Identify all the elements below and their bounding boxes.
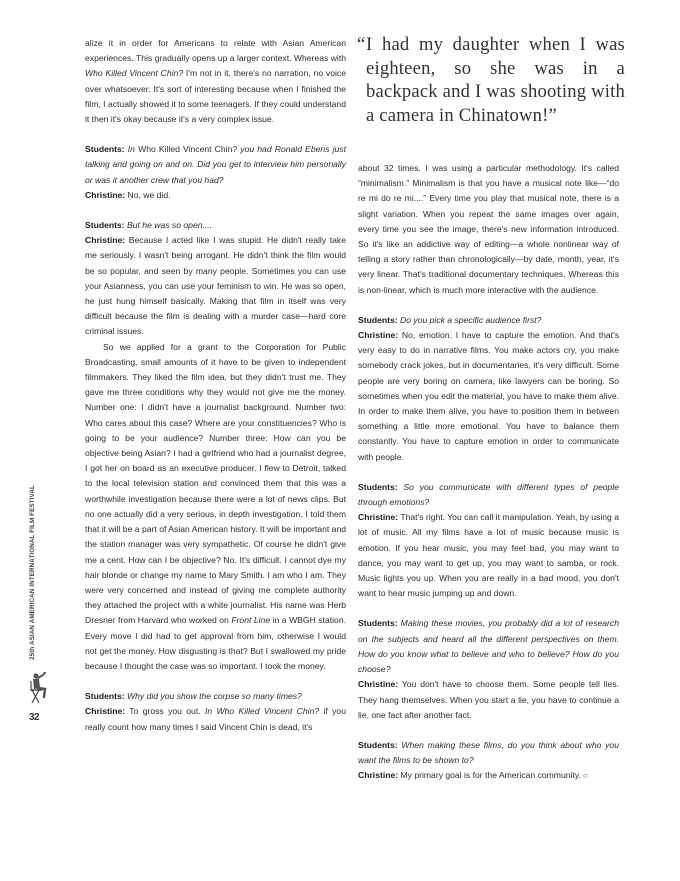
answer-text: No, emotion. I have to capture the emoti… <box>358 330 619 462</box>
festival-running-head: 25th ASIAN AMERICAN INTERNATIONAL FILM F… <box>29 485 36 660</box>
question-text: When making these films, do you think ab… <box>358 740 619 765</box>
pull-quote-text: I had my daughter when I was eighteen, s… <box>357 33 625 127</box>
page-number: 32 <box>29 712 39 723</box>
question-text: Making these movies, you probably did a … <box>358 618 619 674</box>
left-column: alize it in order for Americans to relat… <box>85 36 346 735</box>
student-question: Students: Do you pick a specific audienc… <box>358 313 619 328</box>
christine-answer: Christine: You don't have to choose them… <box>358 677 619 723</box>
paragraph: about 32 times. I was using a particular… <box>358 161 619 298</box>
end-of-article-icon: ○ <box>583 768 588 783</box>
answer-text: My primary goal is for the American comm… <box>401 770 581 780</box>
question-text: In <box>128 144 135 154</box>
qa-exchange: Students: So you communicate with differ… <box>358 480 619 602</box>
student-question: Students: Why did you show the corpse so… <box>85 689 346 704</box>
answer-text: Because I acted like I was stupid. He di… <box>85 235 346 336</box>
speaker-label: Christine: <box>358 679 398 689</box>
pull-quote: “ I had my daughter when I was eighteen,… <box>357 33 625 127</box>
student-question: Students: When making these films, do yo… <box>358 738 619 768</box>
speaker-label: Students: <box>85 691 125 701</box>
student-question: Students: In Who Killed Vincent Chin? yo… <box>85 142 346 188</box>
christine-answer: Christine: To gross you out. In Who Kill… <box>85 704 346 734</box>
speaker-label: Students: <box>358 740 398 750</box>
answer-text: You don't have to choose them. Some peop… <box>358 679 619 719</box>
christine-answer: Christine: No, we did. <box>85 188 346 203</box>
speaker-label: Christine: <box>85 706 125 716</box>
christine-answer: Christine: My primary goal is for the Am… <box>358 768 619 783</box>
speaker-label: Students: <box>358 315 398 325</box>
paragraph: So we applied for a grant to the Corpora… <box>85 340 346 674</box>
film-title: Who Killed Vincent Chin? <box>138 144 237 154</box>
speaker-label: Students: <box>85 144 125 154</box>
student-question: Students: So you communicate with differ… <box>358 480 619 510</box>
text: So we applied for a grant to the Corpora… <box>85 342 346 626</box>
text: alize it in order for Americans to relat… <box>85 38 346 63</box>
film-title: In Who Killed Vincent Chin? <box>205 706 319 716</box>
speaker-label: Students: <box>358 618 398 628</box>
answer-text: To gross you out. <box>129 706 200 716</box>
pull-quote-open-mark: “ <box>357 33 365 57</box>
question-text: Do you pick a specific audience first? <box>400 315 541 325</box>
speaker-label: Christine: <box>85 235 125 245</box>
speaker-label: Christine: <box>85 190 125 200</box>
speaker-label: Christine: <box>358 512 398 522</box>
answer-text: That's right. You can call it manipulati… <box>358 512 619 598</box>
student-question: Students: Making these movies, you proba… <box>358 616 619 677</box>
qa-exchange: Students: In Who Killed Vincent Chin? yo… <box>85 142 346 203</box>
director-chair-icon <box>28 672 50 706</box>
speaker-label: Students: <box>358 482 398 492</box>
question-text: But he was so open.... <box>127 220 212 230</box>
question-text: So you communicate with different types … <box>358 482 619 507</box>
qa-exchange: Students: Do you pick a specific audienc… <box>358 313 619 465</box>
right-column: about 32 times. I was using a particular… <box>358 161 619 784</box>
christine-answer: Christine: No, emotion. I have to captur… <box>358 328 619 465</box>
speaker-label: Christine: <box>358 770 398 780</box>
qa-exchange: Students: Why did you show the corpse so… <box>85 689 346 735</box>
film-title: Who Killed Vincent Chin? <box>85 68 183 78</box>
speaker-label: Students: <box>85 220 125 230</box>
paragraph: alize it in order for Americans to relat… <box>85 36 346 127</box>
christine-answer: Christine: Because I acted like I was st… <box>85 233 346 339</box>
answer-text: No, we did. <box>128 190 171 200</box>
qa-exchange: Students: But he was so open.... Christi… <box>85 218 346 340</box>
program-title: Front Line <box>231 615 270 625</box>
student-question: Students: But he was so open.... <box>85 218 346 233</box>
christine-answer: Christine: That's right. You can call it… <box>358 510 619 601</box>
qa-exchange: Students: Making these movies, you proba… <box>358 616 619 722</box>
question-text: Why did you show the corpse so many time… <box>127 691 302 701</box>
speaker-label: Christine: <box>358 330 398 340</box>
qa-exchange: Students: When making these films, do yo… <box>358 738 619 784</box>
